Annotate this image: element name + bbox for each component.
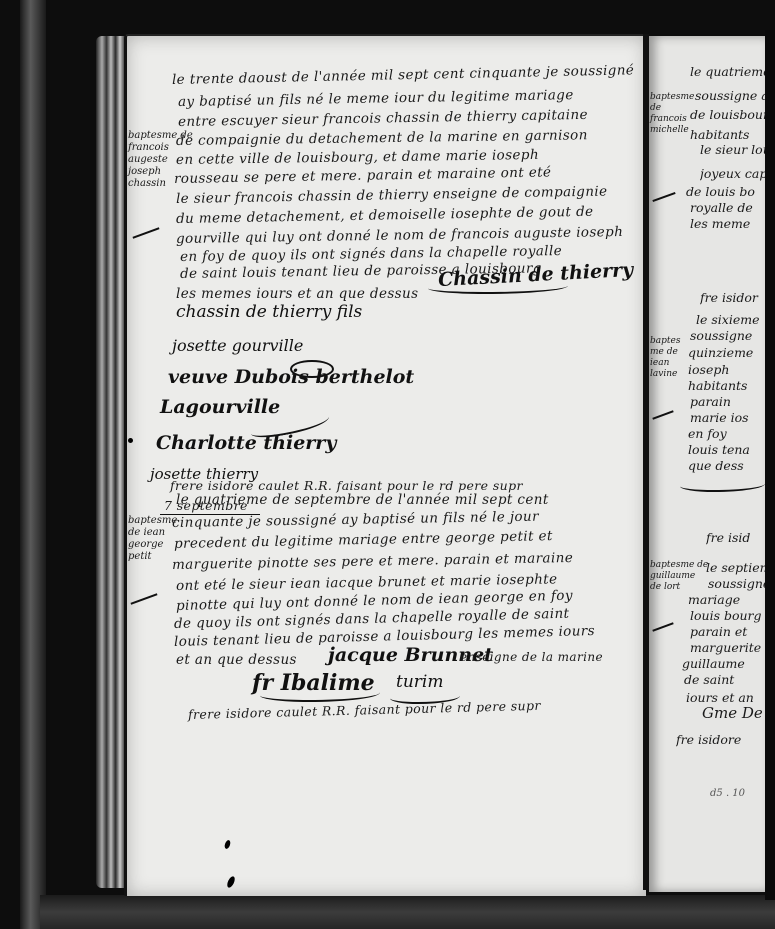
signature: josette gourville — [172, 336, 303, 355]
right-fragment: fre isidor — [700, 290, 765, 305]
right-fragment: parain et — [690, 624, 765, 639]
entry2-line: et an que dessus — [176, 652, 297, 668]
officiant-line: frere isidore caulet R.R. faisant pour l… — [170, 478, 523, 493]
right-fragment: ioseph — [688, 362, 765, 377]
page-stamp: d5 . 10 — [710, 788, 765, 799]
book-page-edges — [96, 36, 126, 888]
right-fragment: de louis bo — [686, 184, 765, 199]
right-fragment: de louisbourg entre fra — [690, 107, 765, 122]
right-margin-note: baptesme de francois michelle — [650, 92, 694, 136]
signature: Lagourville — [160, 396, 280, 418]
right-fragment: soussigne — [708, 576, 765, 591]
right-fragment: les meme — [690, 216, 765, 231]
right-fragment: fre isid — [706, 530, 765, 545]
right-margin-note: baptesme de guillaume de lort — [650, 560, 708, 593]
scanner-edge-right — [765, 30, 775, 900]
entry1-line: les memes iours et an que dessus — [176, 286, 418, 302]
signature-title: enseigne de la marine — [460, 650, 603, 664]
right-fragment: en foy — [688, 426, 765, 441]
right-fragment: louis bourg — [690, 608, 765, 623]
right-fragment: fre isidore — [676, 732, 765, 747]
right-fragment: quinzieme — [688, 345, 765, 360]
right-fragment: joyeux cap — [700, 166, 765, 181]
right-fragment: iours et an — [686, 690, 765, 705]
ink-dot — [128, 438, 133, 443]
right-fragment: que dess — [688, 458, 765, 473]
signature: chassin de thierry fils — [176, 302, 362, 322]
right-fragment: soussigne — [690, 328, 765, 343]
right-fragment: le sieur louis — [700, 142, 765, 157]
scanner-edge-left — [20, 0, 46, 929]
right-fragment: guillaume — [682, 656, 765, 671]
right-fragment: le sixieme — [696, 312, 765, 327]
signature: turim — [396, 672, 443, 692]
right-fragment: louis tena — [688, 442, 765, 457]
right-fragment: marguerite — [690, 640, 765, 655]
right-fragment: mariage — [688, 592, 765, 607]
right-fragment: soussigne ay — [695, 88, 765, 103]
right-fragment: parain — [690, 394, 765, 409]
scanner-edge-bottom — [40, 895, 775, 929]
signature-flourish — [290, 360, 334, 378]
right-fragment: habitants — [690, 127, 765, 142]
right-fragment: le quatrieme — [690, 64, 765, 79]
right-fragment: Gme De — [702, 704, 765, 722]
right-fragment: royalle de — [690, 200, 765, 215]
entry2-line: le quatrieme de septembre de l'année mil… — [176, 492, 549, 508]
signature: Charlotte thierry — [156, 432, 336, 454]
right-fragment: habitants — [688, 378, 765, 393]
right-margin-note: baptes me de iean lavine — [650, 336, 680, 380]
margin-note-entry2: baptesme de iean george petit — [128, 515, 177, 563]
right-fragment: marie ios — [690, 410, 765, 425]
right-fragment: le septieme — [706, 560, 765, 575]
right-fragment: de saint — [684, 672, 765, 687]
